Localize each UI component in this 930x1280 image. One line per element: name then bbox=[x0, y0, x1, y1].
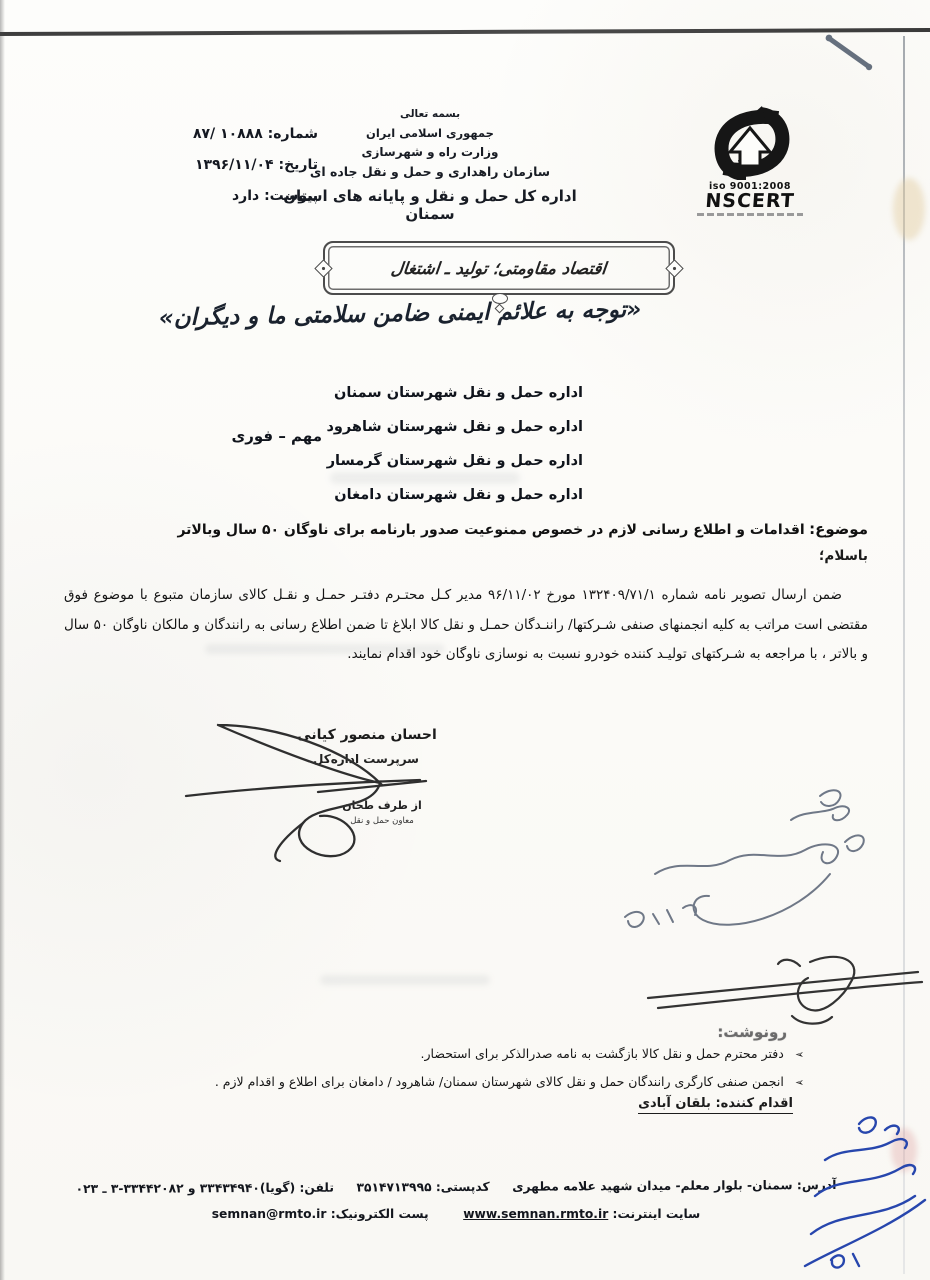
letter-number-value: ۸۷/ ۱۰۸۸۸ bbox=[193, 126, 263, 142]
blue-handwritten-note-scrawl bbox=[797, 1108, 930, 1280]
banner-ornament-icon bbox=[665, 259, 683, 277]
subject-text: اقدامات و اطلاع رسانی لازم در خصوص ممنوع… bbox=[177, 522, 804, 538]
handwritten-note-scrawl bbox=[595, 782, 925, 947]
banner-ornament-icon bbox=[314, 259, 332, 277]
cc-item-text: دفتر محترم حمل و نقل کالا بازگشت به نامه… bbox=[421, 1046, 784, 1061]
footer-contact-line: آدرس: سمنان- بلوار معلم- میدان شهید علام… bbox=[60, 1178, 852, 1196]
email-address: semnan@rmto.ir bbox=[212, 1207, 327, 1221]
safety-slogan-calligraphy: «توجه به علائم ایمنی ضامن سلامتی ما و دی… bbox=[138, 296, 662, 331]
letter-date-value: ۱۳۹۶/۱۱/۰۴ bbox=[195, 157, 274, 173]
year-slogan-text: اقتصاد مقاومتی؛ تولید ـ اشتغال bbox=[390, 259, 607, 278]
address-value: سمنان- بلوار معلم- میدان شهید علامه مطهر… bbox=[512, 1178, 793, 1193]
subject-line: موضوع: اقدامات و اطلاع رسانی لازم در خصو… bbox=[66, 515, 868, 545]
cc-item: ➢ دفتر محترم حمل و نقل کالا بازگشت به نا… bbox=[421, 1046, 804, 1061]
cc-item: ➢ انجمن صنفی کارگری رانندگان حمل و نقل ک… bbox=[215, 1074, 804, 1089]
letterhead: بسمه تعالی جمهوری اسلامی ایران وزارت راه… bbox=[278, 108, 582, 223]
page-top-border bbox=[0, 28, 930, 36]
nscert-text: NSCERT bbox=[687, 192, 812, 211]
recipient-line: اداره حمل و نقل شهرستان شاهرود bbox=[326, 410, 583, 444]
pen-stroke-mark bbox=[818, 28, 888, 78]
recipient-line: اداره حمل و نقل شهرستان سمنان bbox=[326, 376, 583, 410]
year-slogan-banner: اقتصاد مقاومتی؛ تولید ـ اشتغال bbox=[323, 241, 675, 295]
recipient-line: اداره حمل و نقل شهرستان دامغان bbox=[326, 478, 583, 512]
salutation: باسلام؛ bbox=[819, 548, 868, 564]
organization-logo-block: iso 9001:2008 NSCERT bbox=[688, 106, 812, 216]
subject-label: موضوع: bbox=[809, 520, 868, 538]
cc-item-text: انجمن صنفی کارگری رانندگان حمل و نقل کال… bbox=[215, 1074, 784, 1089]
action-officer-label: اقدام کننده: bbox=[715, 1096, 793, 1111]
department-name: اداره کل حمل و نقل و پایانه های استان سم… bbox=[278, 187, 582, 223]
letter-body: ضمن ارسال تصویر نامه شماره ۱۳۲۴۰۹/۷۱/۱ م… bbox=[64, 581, 868, 670]
cc-label: رونوشت: bbox=[717, 1023, 787, 1041]
country-name: جمهوری اسلامی ایران bbox=[278, 126, 582, 140]
scan-bleedthrough bbox=[320, 975, 490, 985]
footer-web-line: سایت اینترنت: www.semnan.rmto.ir پست الک… bbox=[60, 1207, 852, 1221]
scanned-letter-page: شماره: ۸۷/ ۱۰۸۸۸ تاریخ: ۱۳۹۶/۱۱/۰۴ پیوست… bbox=[0, 0, 930, 1280]
recipient-line: اداره حمل و نقل شهرستان گرمسار bbox=[326, 444, 583, 478]
arrow-bullet-icon: ➢ bbox=[795, 1076, 804, 1089]
website-url: www.semnan.rmto.ir bbox=[463, 1207, 608, 1221]
priority-flag: مهم – فوری bbox=[231, 427, 322, 445]
scan-smudge bbox=[893, 178, 925, 240]
phone-label: تلفن: bbox=[299, 1181, 334, 1195]
email-label: پست الکترونیک: bbox=[331, 1207, 429, 1221]
ministry-name: وزارت راه و شهرسازی bbox=[278, 145, 582, 159]
recipients-list: اداره حمل و نقل شهرستان سمنان اداره حمل … bbox=[326, 376, 583, 512]
action-officer: اقدام کننده: بلقان آبادی bbox=[638, 1096, 793, 1114]
postal-label: کدپستی: bbox=[436, 1180, 490, 1194]
cert-fineprint bbox=[697, 213, 804, 216]
postal-value: ۳۵۱۴۷۱۳۹۹۵ bbox=[356, 1180, 431, 1194]
letter-attachment-value: دارد bbox=[232, 188, 259, 204]
action-officer-name: بلقان آبادی bbox=[638, 1096, 711, 1111]
organization-name: سازمان راهداری و حمل و نقل جاده ای bbox=[278, 164, 582, 179]
website-label: سایت اینترنت: bbox=[613, 1207, 701, 1221]
scan-left-edge-shadow bbox=[0, 0, 5, 1280]
phone-value: (گویا)۳۳۴۳۴۹۴۰ و ۳۳۴۴۲۰۸۲-۳ ـ ۰۲۳ bbox=[76, 1181, 296, 1196]
signature-scrawl bbox=[168, 703, 468, 868]
rmto-logo-icon bbox=[688, 106, 812, 180]
arrow-bullet-icon: ➢ bbox=[795, 1048, 804, 1061]
bismillah: بسمه تعالی bbox=[278, 108, 582, 120]
